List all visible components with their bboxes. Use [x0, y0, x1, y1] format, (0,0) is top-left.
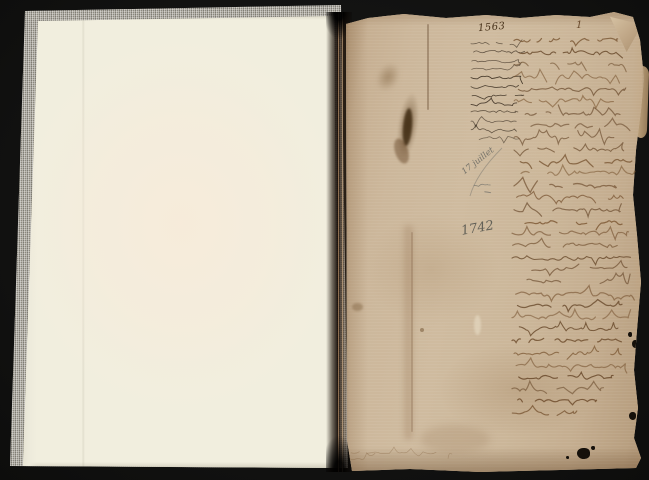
ink-spot	[591, 446, 595, 450]
folded-corner	[610, 12, 642, 52]
left-blank-page	[22, 15, 339, 469]
paper-crease	[427, 24, 429, 110]
page-number: 1	[576, 20, 582, 31]
wax-spot	[474, 315, 481, 335]
ink-blot	[577, 448, 590, 459]
paper-stain	[420, 425, 490, 453]
ink-spot	[628, 332, 632, 337]
paper-crease	[411, 232, 413, 432]
paper-stain	[352, 303, 363, 311]
paper-speck	[420, 328, 424, 332]
scanned-book-spread: 1563 1 1742 17 juillet	[0, 0, 649, 480]
ink-spot	[566, 456, 569, 459]
paper-stain	[371, 59, 405, 96]
ink-spot	[629, 412, 636, 420]
manuscript-page	[340, 10, 646, 473]
ink-spot	[632, 340, 638, 348]
